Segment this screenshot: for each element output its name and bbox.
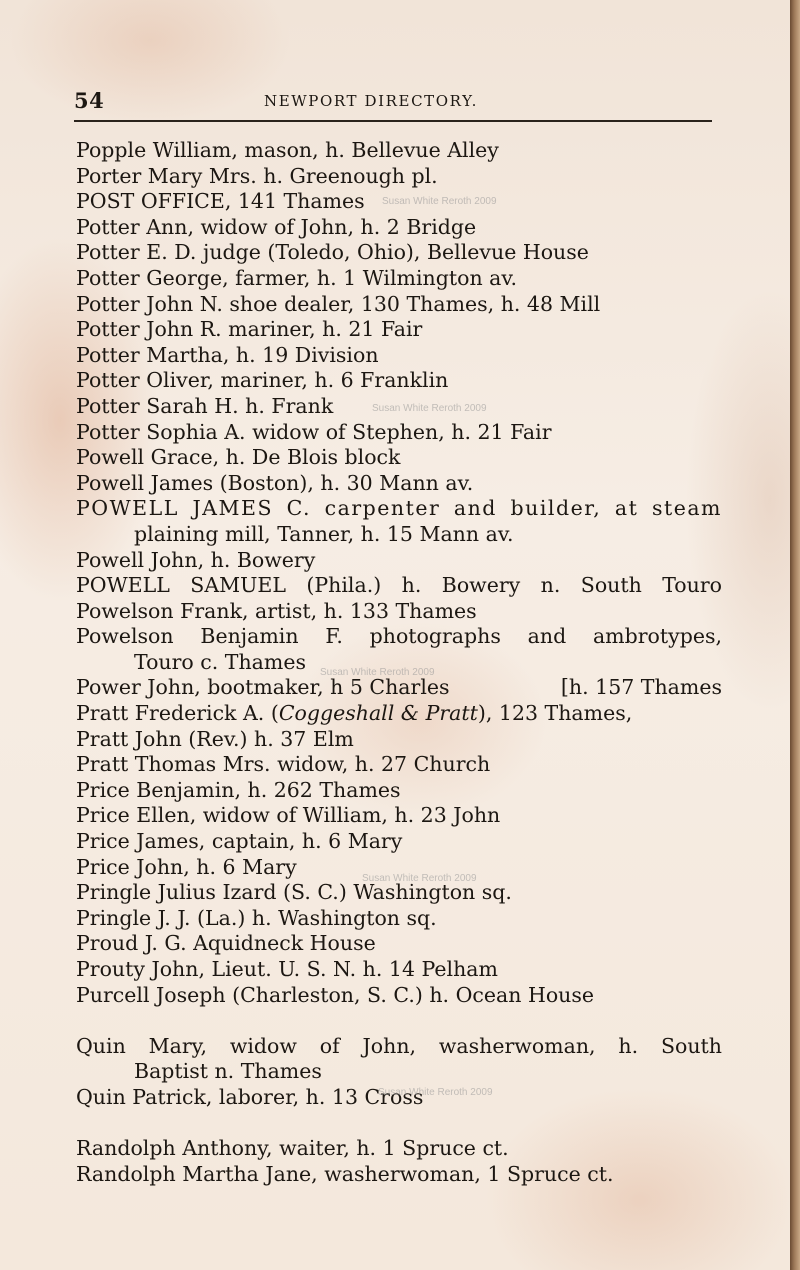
entry-powell-john: Powell John, h. Bowery xyxy=(76,548,726,574)
running-title: NEWPORT DIRECTORY. xyxy=(264,92,478,110)
watermark: Susan White Reroth 2009 xyxy=(382,196,497,207)
entry-price-james: Price James, captain, h. 6 Mary xyxy=(76,829,726,855)
watermark: Susan White Reroth 2009 xyxy=(378,1087,493,1098)
entry-powell-grace: Powell Grace, h. De Blois block xyxy=(76,445,726,471)
watermark: Susan White Reroth 2009 xyxy=(362,873,477,884)
directory-page: 54 NEWPORT DIRECTORY. Popple William, ma… xyxy=(0,0,790,1270)
entry-power-john: Power John, bootmaker, h 5 Charles [h. 1… xyxy=(76,675,722,701)
page-header: 54 NEWPORT DIRECTORY. xyxy=(74,88,714,112)
entry-potter-oliver: Potter Oliver, mariner, h. 6 Franklin xyxy=(76,368,726,394)
entry-potter-ed: Potter E. D. judge (Toledo, Ohio), Belle… xyxy=(76,240,726,266)
page-number: 54 xyxy=(74,88,104,113)
entry-pringle-jj: Pringle J. J. (La.) h. Washington sq. xyxy=(76,906,726,932)
entry-potter-martha: Potter Martha, h. 19 Division xyxy=(76,343,726,369)
entry-powelson-frank: Powelson Frank, artist, h. 133 Thames xyxy=(76,599,726,625)
entry-powell-james: Powell James (Boston), h. 30 Mann av. xyxy=(76,471,726,497)
directory-entries: Popple William, mason, h. Bellevue Alley… xyxy=(76,138,726,1187)
section-gap xyxy=(76,1111,726,1137)
entry-quin-mary: Quin Mary, widow of John, washerwoman, h… xyxy=(76,1034,726,1085)
entry-purcell-joseph: Purcell Joseph (Charleston, S. C.) h. Oc… xyxy=(76,983,726,1009)
entry-powell-james-c: POWELL JAMES C. carpenter and builder, a… xyxy=(76,496,726,547)
section-gap xyxy=(76,1008,726,1034)
entry-randolph-anthony: Randolph Anthony, waiter, h. 1 Spruce ct… xyxy=(76,1136,726,1162)
entry-pratt-frederick: Pratt Frederick A. (Coggeshall & Pratt),… xyxy=(76,701,726,727)
entry-potter-john-n: Potter John N. shoe dealer, 130 Thames, … xyxy=(76,292,726,318)
watermark: Susan White Reroth 2009 xyxy=(320,667,435,678)
entry-pringle-julius: Pringle Julius Izard (S. C.) Washington … xyxy=(76,880,726,906)
entry-prouty-john: Prouty John, Lieut. U. S. N. h. 14 Pelha… xyxy=(76,957,726,983)
entry-potter-sophia: Potter Sophia A. widow of Stephen, h. 21… xyxy=(76,420,726,446)
header-rule xyxy=(74,120,712,122)
entry-price-benjamin: Price Benjamin, h. 262 Thames xyxy=(76,778,726,804)
entry-potter-ann: Potter Ann, widow of John, h. 2 Bridge xyxy=(76,215,726,241)
entry-randolph-martha: Randolph Martha Jane, washerwoman, 1 Spr… xyxy=(76,1162,726,1188)
entry-powell-samuel: POWELL SAMUEL (Phila.) h. Bowery n. Sout… xyxy=(76,573,726,599)
book-spine-edge xyxy=(790,0,800,1270)
entry-porter-mary: Porter Mary Mrs. h. Greenough pl. xyxy=(76,164,726,190)
entry-popple-william: Popple William, mason, h. Bellevue Alley xyxy=(76,138,726,164)
entry-pratt-thomas: Pratt Thomas Mrs. widow, h. 27 Church xyxy=(76,752,726,778)
entry-proud-jg: Proud J. G. Aquidneck House xyxy=(76,931,726,957)
entry-price-ellen: Price Ellen, widow of William, h. 23 Joh… xyxy=(76,803,726,829)
entry-potter-george: Potter George, farmer, h. 1 Wilmington a… xyxy=(76,266,726,292)
entry-potter-john-r: Potter John R. mariner, h. 21 Fair xyxy=(76,317,726,343)
watermark: Susan White Reroth 2009 xyxy=(372,403,487,414)
entry-pratt-john: Pratt John (Rev.) h. 37 Elm xyxy=(76,727,726,753)
